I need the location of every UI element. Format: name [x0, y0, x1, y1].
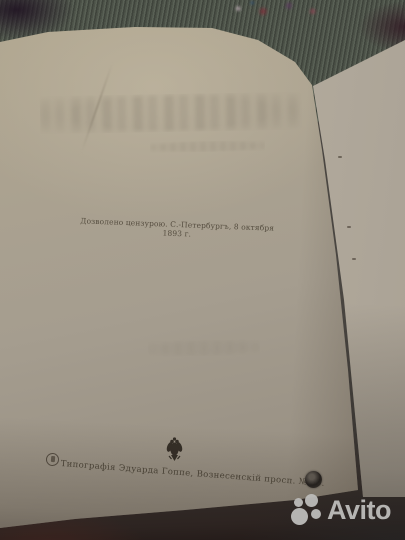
imperial-eagle-crest-icon [166, 437, 183, 461]
page-edge-mark [338, 156, 342, 158]
ink-stamp-icon [305, 471, 322, 488]
avito-logo-icon [291, 493, 324, 527]
avito-logo-circle [294, 498, 303, 507]
stamp-monogram [50, 456, 54, 462]
patterned-fabric-patch [222, 0, 330, 19]
avito-logo-circle [311, 509, 321, 519]
page-edge-mark [347, 226, 351, 228]
avito-logo-circle [291, 508, 308, 525]
page-edge-mark [352, 258, 356, 260]
avito-wordmark: Avito [327, 493, 391, 527]
book-photo: Дозволено цензурою. С.-Петербургъ, 8 окт… [0, 0, 405, 540]
avito-watermark: Avito [291, 493, 391, 527]
avito-logo-circle [305, 494, 318, 507]
